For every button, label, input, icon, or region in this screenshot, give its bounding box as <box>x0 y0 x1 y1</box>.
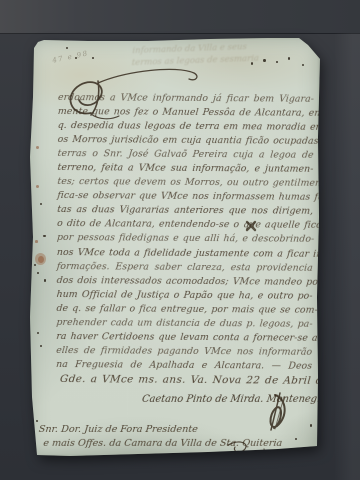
photo-stage: 47 e 98 informando da Villa e seustermos… <box>0 0 360 480</box>
ink-speck <box>36 420 38 422</box>
ink-speck <box>310 424 312 427</box>
bleedthrough-text: informando da Villa e seustermos as lego… <box>131 39 308 69</box>
address-block: Snr. Dor. Juiz de Fora Presidentee mais … <box>43 423 266 451</box>
manuscript-line: por pessoas fidedignas e que alli há, e … <box>56 231 313 247</box>
ink-speck <box>302 64 304 66</box>
manuscript-line: nos VMce toda a fidelidade justamente co… <box>56 246 313 262</box>
manuscript-line: hum Official de Justiça o Papão que ha, … <box>56 288 313 304</box>
address-line: e mais Offes. da Camara da Villa de Sta.… <box>43 437 264 451</box>
ink-speck <box>43 235 46 237</box>
ink-speck <box>34 264 36 266</box>
background-mat-right-band <box>334 33 360 480</box>
ink-speck <box>37 272 39 274</box>
pencil-annotation: 47 e 98 <box>52 49 90 65</box>
manuscript-line: Gde. a VMce ms. ans. Va. Nova 22 de Abri… <box>59 372 308 388</box>
address-line: Snr. Dor. Juiz de Fora Presidente <box>38 423 265 437</box>
manuscript-paper-wrap: 47 e 98 informando da Villa e seustermos… <box>28 37 320 457</box>
ink-speck <box>276 61 278 63</box>
foxing-spot <box>36 146 39 149</box>
ink-speck <box>66 47 68 49</box>
foxing-halo <box>35 253 46 265</box>
ink-speck <box>37 332 39 334</box>
foxing-spot <box>35 240 38 243</box>
manuscript-body: erdoamos a VMce informando já ficar bem … <box>56 91 316 388</box>
ink-speck <box>295 438 297 440</box>
manuscript-line: prehender cada um distancia de duas p. l… <box>56 316 313 332</box>
manuscript-line: formações. Espera saber clareza, esta pr… <box>56 260 313 276</box>
top-swash-flourish <box>98 69 197 83</box>
ink-speck <box>288 57 290 60</box>
manuscript-line: dos dois interessados acomodados; VMce m… <box>56 274 313 290</box>
manuscript-line: de q. se fallar o fica entregue, por mai… <box>56 302 313 318</box>
ink-speck <box>40 203 42 205</box>
background-mat-top-band <box>0 0 360 34</box>
ink-speck <box>263 59 266 62</box>
ink-speck <box>40 345 42 347</box>
ink-speck <box>312 450 315 453</box>
manuscript-page: 47 e 98 informando da Villa e seustermos… <box>28 37 320 457</box>
ink-speck <box>44 279 46 282</box>
manuscript-line: ra haver Certidoens que levam conta a fo… <box>56 330 313 346</box>
foxing-spot <box>36 185 39 188</box>
signature: Caetano Pinto de Mirda. Montenegro <box>141 394 301 405</box>
ink-speck <box>92 57 94 59</box>
